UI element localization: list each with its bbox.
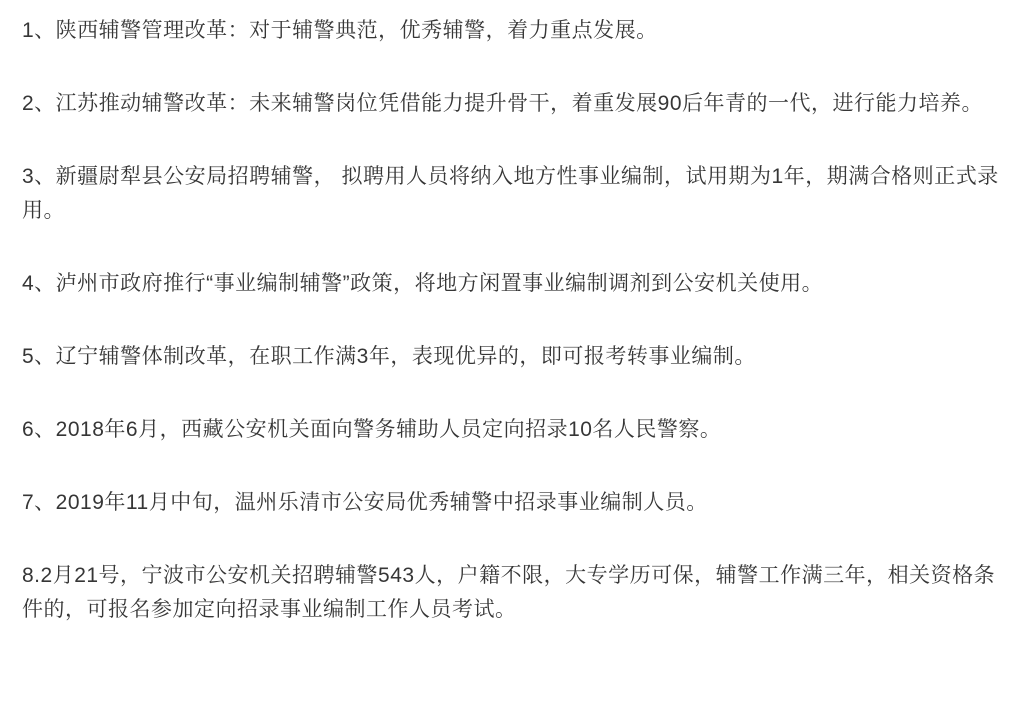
news-article: 1、陕西辅警管理改革：对于辅警典范，优秀辅警，着力重点发展。 2、江苏推动辅警改… [0, 0, 1029, 637]
news-item-7: 7、2019年11月中旬，温州乐清市公安局优秀辅警中招录事业编制人员。 [22, 486, 1009, 520]
news-item-3: 3、新疆尉犁县公安局招聘辅警， 拟聘用人员将纳入地方性事业编制，试用期为1年，期… [22, 160, 1009, 228]
news-item-4: 4、泸州市政府推行“事业编制辅警”政策，将地方闲置事业编制调剂到公安机关使用。 [22, 267, 1009, 301]
news-item-8: 8.2月21号，宁波市公安机关招聘辅警543人，户籍不限，大专学历可保，辅警工作… [22, 559, 1009, 627]
news-item-1: 1、陕西辅警管理改革：对于辅警典范，优秀辅警，着力重点发展。 [22, 14, 1009, 48]
news-item-5: 5、辽宁辅警体制改革，在职工作满3年，表现优异的，即可报考转事业编制。 [22, 340, 1009, 374]
news-item-6: 6、2018年6月，西藏公安机关面向警务辅助人员定向招录10名人民警察。 [22, 413, 1009, 447]
news-item-2: 2、江苏推动辅警改革：未来辅警岗位凭借能力提升骨干，着重发展90后年青的一代，进… [22, 87, 1009, 121]
